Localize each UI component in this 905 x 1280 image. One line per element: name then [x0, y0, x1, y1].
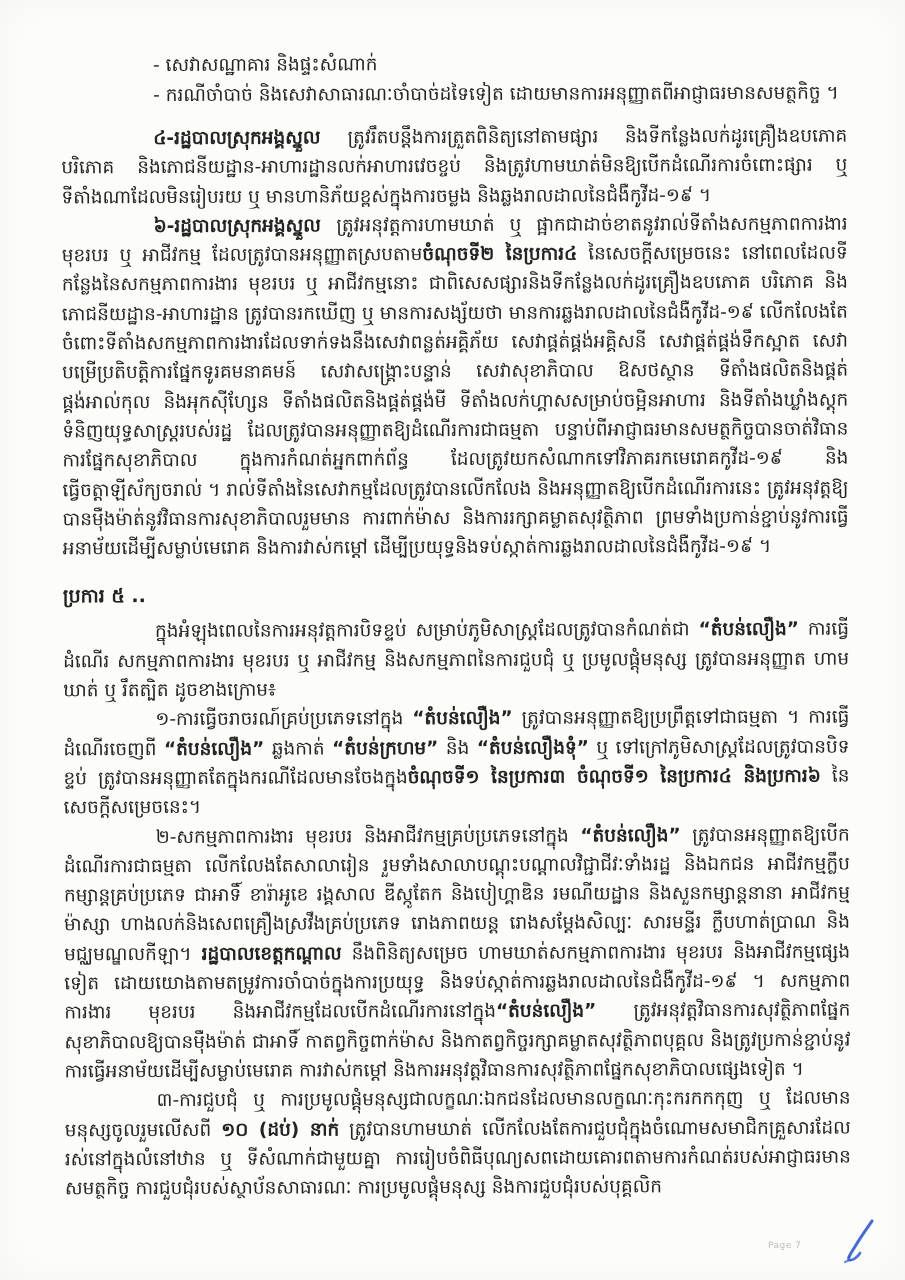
bold-text-run: “តំបន់លឿង” [412, 708, 512, 729]
paragraph-5-intro: ក្នុងអំឡុងពេលនៃការអនុវត្តការបិទខ្ទប់ សម្… [63, 615, 849, 706]
bold-text-run: ចំណុចទី២ នៃប្រការ៤ [422, 244, 577, 266]
text-run: ១-ការធ្វើចរាចរណ៍គ្រប់ប្រភេទនៅក្នុង [155, 708, 412, 730]
bold-text-run: “តំបន់លឿង” [496, 1001, 596, 1022]
bold-text-run: ៦-រដ្ឋបាលស្រុកអង្គស្នួល [154, 215, 337, 237]
bold-text-run: “តំបន់លឿង” [164, 738, 264, 759]
paragraph-4: ៤-រដ្ឋបាលស្រុកអង្គស្នួល ត្រូវរឹតបន្តឹងកា… [61, 122, 847, 213]
text-run: នៃសេចក្តីសម្រេចនេះ នៅពេលដែលទីកន្លែងនៃសកម… [62, 243, 849, 560]
scanned-page: - សេវាសណ្ឋាគារ និងផ្ទះសំណាក់ - ករណីចាំបា… [0, 0, 905, 1280]
text-run: ២-សកម្មភាពការងារ មុខរបរ និងអាជីវកម្មគ្រប… [156, 825, 581, 847]
bullet-necessary-cases: - ករណីចាំបាច់ និងសេវាសាធារណៈចាំបាច់ដទៃទៀ… [153, 79, 847, 111]
bullet-hotel-services: - សេវាសណ្ឋាគារ និងផ្ទះសំណាក់ [153, 49, 847, 81]
text-run: ក្នុងអំឡុងពេលនៃការអនុវត្តការបិទខ្ទប់ សម្… [155, 620, 699, 643]
text-run: ឆ្លងកាត់ [264, 738, 332, 759]
text-run: - សេវាសណ្ឋាគារ និងផ្ទះសំណាក់ [153, 54, 377, 76]
page-number-label: Page 7 [768, 1241, 801, 1251]
item-3: ៣-ការជួបជុំ ឬ ការប្រមូលផ្តុំមនុស្សជាលក្ខ… [65, 1084, 851, 1204]
bold-text-run: “តំបន់លឿង” [699, 619, 799, 640]
text-column: - សេវាសណ្ឋាគារ និងផ្ទះសំណាក់ - ករណីចាំបា… [61, 49, 851, 1204]
handwritten-ink-tick [838, 1215, 880, 1269]
paragraph-6: ៦-រដ្ឋបាលស្រុកអង្គស្នួល ត្រូវអនុវត្តការហ… [62, 210, 849, 564]
bold-text-run: “តំបន់លឿងទុំ” [477, 737, 589, 758]
item-1: ១-ការធ្វើចរាចរណ៍គ្រប់ប្រភេទនៅក្នុង “តំបន… [63, 703, 849, 823]
bold-text-run: ចំណុចទី១ នៃប្រការ៣ ចំណុចទី១ នៃប្រការ៤ និ… [408, 766, 821, 788]
bold-text-run: “តំបន់លឿង” [580, 825, 680, 846]
bold-text-run: “តំបន់ក្រហម” [332, 738, 438, 759]
bold-text-run: ១០ (ដប់) នាក់ [221, 1119, 339, 1140]
bold-text-run: ប្រការ ៥ .. [63, 586, 146, 608]
text-run: និង [438, 738, 477, 759]
heading-prakar-5: ប្រការ ៥ .. [63, 579, 849, 612]
bold-text-run: រដ្ឋបាលខេត្តកណ្តាល [202, 943, 342, 964]
item-2: ២-សកម្មភាពការងារ មុខរបរ និងអាជីវកម្មគ្រប… [64, 820, 851, 1086]
bold-text-run: ៤-រដ្ឋបាលស្រុកអង្គស្នួល [153, 127, 347, 149]
text-run: - ករណីចាំបាច់ និងសេវាសាធារណៈចាំបាច់ដទៃទៀ… [153, 83, 839, 106]
